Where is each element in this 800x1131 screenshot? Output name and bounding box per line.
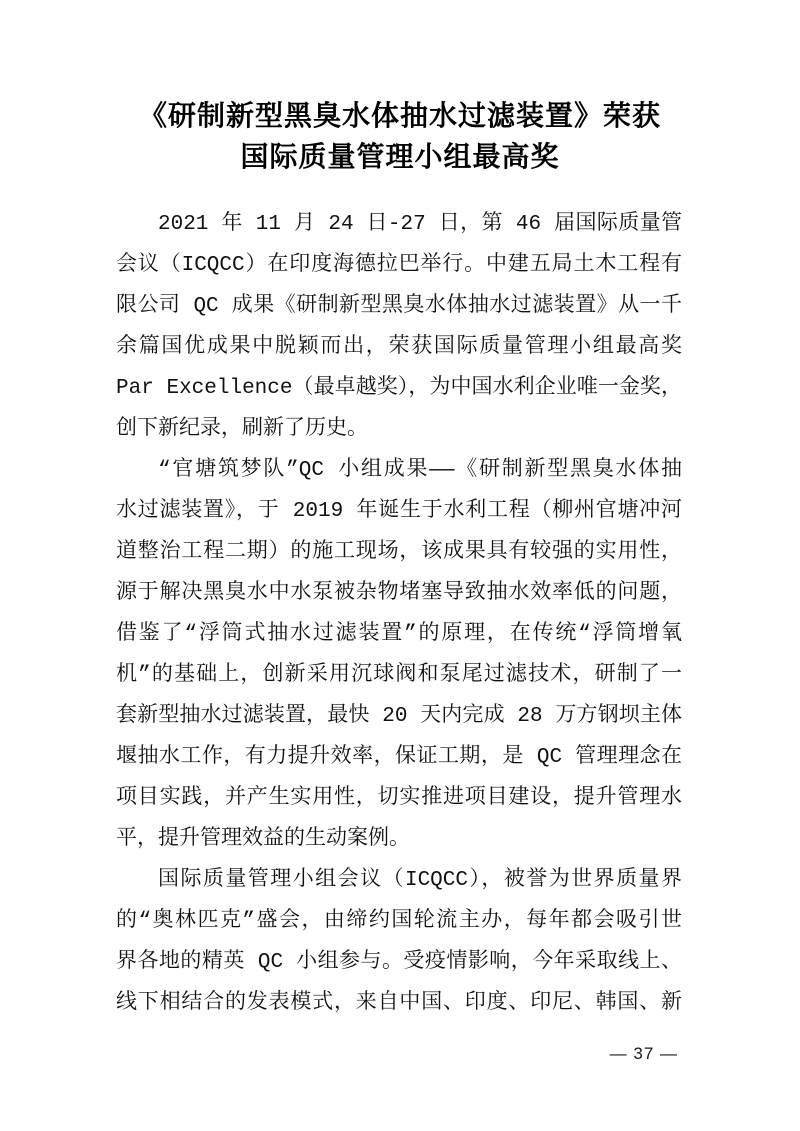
body-line: 水过滤装置》，于 2019 年诞生于水利工程（柳州官塘冲河 <box>116 491 682 532</box>
body-line: Par Excellence（最卓越奖），为中国水利企业唯一金奖， <box>116 368 682 409</box>
body-line: 线下相结合的发表模式，来自中国、印度、印尼、韩国、新 <box>116 983 682 1024</box>
document-page: 《研制新型黑臭水体抽水过滤装置》荣获 国际质量管理小组最高奖 2021 年 11… <box>0 0 800 1131</box>
body-line: 套新型抽水过滤装置，最快 20 天内完成 28 万方钢坝主体围 <box>116 696 682 737</box>
body-line: 的“奥林匹克”盛会，由缔约国轮流主办，每年都会吸引世 <box>116 901 682 942</box>
body-line: “官塘筑梦队”QC 小组成果——《研制新型黑臭水体抽 <box>116 450 682 491</box>
body-line: 国际质量管理小组会议（ICQCC），被誉为世界质量界 <box>116 860 682 901</box>
body-line: 堰抽水工作，有力提升效率，保证工期，是 QC 管理理念在 <box>116 737 682 778</box>
body-line: 会议（ICQCC）在印度海德拉巴举行。中建五局土木工程有 <box>116 245 682 286</box>
document-body: 2021 年 11 月 24 日-27 日，第 46 届国际质量管理小组会议（I… <box>116 204 682 1024</box>
document-title-line-2: 国际质量管理小组最高奖 <box>0 136 800 177</box>
page-number: — 37 — <box>610 1044 678 1064</box>
document-title: 《研制新型黑臭水体抽水过滤装置》荣获 国际质量管理小组最高奖 <box>0 0 800 177</box>
body-line: 机”的基础上，创新采用沉球阀和泵尾过滤技术，研制了一 <box>116 655 682 696</box>
body-line: 道整治工程二期）的施工现场，该成果具有较强的实用性， <box>116 532 682 573</box>
body-line: 限公司 QC 成果《研制新型黑臭水体抽水过滤装置》从一千 <box>116 286 682 327</box>
body-line: 借鉴了“浮筒式抽水过滤装置”的原理，在传统“浮筒增氧 <box>116 614 682 655</box>
body-line: 2021 年 11 月 24 日-27 日，第 46 届国际质量管理小组 <box>116 204 682 245</box>
body-line: 创下新纪录，刷新了历史。 <box>116 409 682 450</box>
body-line: 平，提升管理效益的生动案例。 <box>116 819 682 860</box>
body-line: 余篇国优成果中脱颖而出，荣获国际质量管理小组最高奖 <box>116 327 682 368</box>
body-line: 界各地的精英 QC 小组参与。受疫情影响，今年采取线上、 <box>116 942 682 983</box>
body-line: 项目实践，并产生实用性，切实推进项目建设，提升管理水 <box>116 778 682 819</box>
document-title-line-1: 《研制新型黑臭水体抽水过滤装置》荣获 <box>0 95 800 136</box>
body-line: 源于解决黑臭水中水泵被杂物堵塞导致抽水效率低的问题， <box>116 573 682 614</box>
